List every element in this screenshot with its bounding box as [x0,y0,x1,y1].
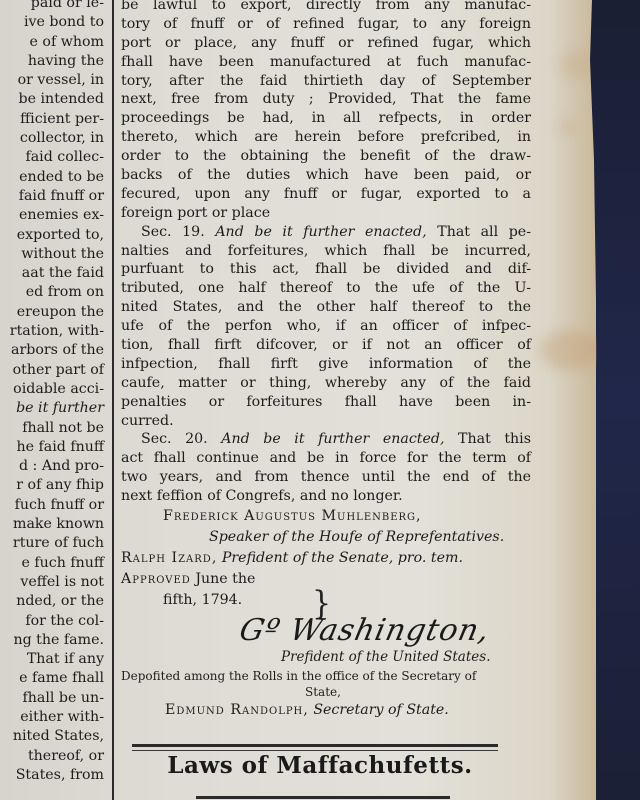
text-line: nited States, [0,727,108,746]
text-line: ng the fame. [0,631,108,650]
text-line: fhall have been manufactured at fuch man… [121,53,531,72]
section-divider [132,744,498,747]
text-line: ereupon the [0,303,108,322]
text-line: fhall be un- [0,689,108,708]
section-heading: Laws of Maffachufetts. [160,752,480,779]
sec19-first-line: Sec. 19. And be it further enacted, That… [121,223,531,242]
text-line: penalties or forfeitures fhall have been… [121,393,531,412]
text-line: d : And pro- [0,457,108,476]
text-line: ed from on [0,283,108,302]
sec20-first-line: Sec. 20. And be it further enacted, That… [121,430,531,449]
text-line: rtation, with- [0,322,108,341]
text-line: enemies ex- [0,206,108,225]
text-line: ended to be [0,168,108,187]
text-line: oidable acci- [0,380,108,399]
text-line: be lawful to export, directly from any m… [121,0,531,15]
text-line: two years, and from thence until the end… [121,468,531,487]
text-line: caufe, matter or thing, whereby any of t… [121,374,531,393]
enacting-clause: And be it further enacted, [221,431,444,447]
approved-date: June the [195,571,255,587]
text-line: act fhall continue and be in force for t… [121,449,531,468]
heading-underline [196,796,450,799]
section-number: Sec. 20. [141,431,208,447]
text-line: faid collec- [0,148,108,167]
section-divider [132,750,498,751]
text-line: faid fnuff or [0,187,108,206]
secretary-title: Secretary of State. [313,702,449,718]
newspaper-page: paid or le- ive bond to e of whom having… [0,0,596,800]
text-line: e fuch fnuff [0,554,108,573]
text-line: tributed, one half thereof to the ufe of… [121,279,531,298]
speaker-title: Speaker of the Houfe of Reprefentatives. [121,527,531,548]
text-line: e of whom [0,33,108,52]
text-line: ive bond to [0,13,108,32]
text-line: paid or le- [0,0,108,13]
paper-stain [560,50,590,80]
text-line: nalties and forfeitures, which fhall be … [121,242,531,261]
paper-stain [540,330,600,370]
text-line: fhall not be [0,419,108,438]
text-line: curred. [121,412,531,431]
text-line: proceedings be had, in all refpects, in … [121,109,531,128]
text-line: rture of fuch [0,534,108,553]
text-line: tory, after the faid thirtieth day of Se… [121,72,531,91]
text-line: be it further [0,399,108,418]
text-fragment: That this [458,431,531,447]
text-line: order to the obtaining the benefit of th… [121,147,531,166]
text-line: make known [0,515,108,534]
left-column-text: paid or le- ive bond to e of whom having… [0,0,108,785]
text-line: exported to, [0,226,108,245]
text-line: either with- [0,708,108,727]
text-line: port or place, any fnuff or refined fuga… [121,34,531,53]
text-line: That if any [0,650,108,669]
secretary-name: Edmund Randolph, [165,702,309,718]
senate-line: Ralph Izard, Prefident of the Senate, pr… [121,548,531,569]
text-line: fuch fnuff or [0,496,108,515]
text-line: purfuant to this act, fhall be divided a… [121,260,531,279]
text-line: collector, in [0,129,108,148]
senate-president-title: Prefident of the Senate, pro. tem. [222,550,463,566]
speaker-name: Frederick Augustus Muhlenberg, [121,506,531,527]
text-line: he faid fnuff [0,438,108,457]
president-title: Prefident of the United States. [121,647,531,668]
deposited-note: Depofited among the Rolls in the office … [121,668,531,684]
text-line: next, free from duty ; Provided, That th… [121,90,531,109]
text-line: States, from [0,766,108,785]
text-line: aat the faid [0,264,108,283]
text-line: infpection, fhall firft give information… [121,355,531,374]
text-line: fficient per- [0,110,108,129]
text-line: tory of fnuff or of refined fugar, to an… [121,15,531,34]
text-line: other part of [0,361,108,380]
column-rule [112,0,114,800]
washington-signature: Gº Washington, [236,613,493,648]
text-line: veffel is not [0,573,108,592]
text-line: next feffion of Congrefs, and no longer. [121,487,531,506]
text-line: nded, or the [0,592,108,611]
section-number: Sec. 19. [141,224,205,240]
enacting-clause: And be it further enacted, [215,224,426,240]
text-line: fecured, upon any fnuff or fugar, export… [121,185,531,204]
approved-label: Approved [121,571,191,587]
text-line: r of any fhip [0,476,108,495]
secretary-line: Edmund Randolph, Secretary of State. [121,700,531,721]
text-line: e fame fhall [0,669,108,688]
senate-president-name: Ralph Izard, [121,550,217,566]
paper-stain [560,120,574,134]
text-line: thereof, or [0,747,108,766]
text-line: arbors of the [0,341,108,360]
text-line: thereto, which are herein before prefcri… [121,128,531,147]
text-line: foreign port or place [121,204,531,223]
text-line: be intended [0,90,108,109]
text-line: ufe of the perfon who, if an officer of … [121,317,531,336]
text-line: or vessel, in [0,71,108,90]
text-line: tion, fhall firft difcover, or if not an… [121,336,531,355]
text-fragment: That all pe- [437,224,531,240]
deposited-note: State, [121,684,531,700]
text-line: nited States, and the other half thereof… [121,298,531,317]
text-line: for the col- [0,612,108,631]
text-line: backs of the duties which have been paid… [121,166,531,185]
text-line: having the [0,52,108,71]
text-line: without the [0,245,108,264]
